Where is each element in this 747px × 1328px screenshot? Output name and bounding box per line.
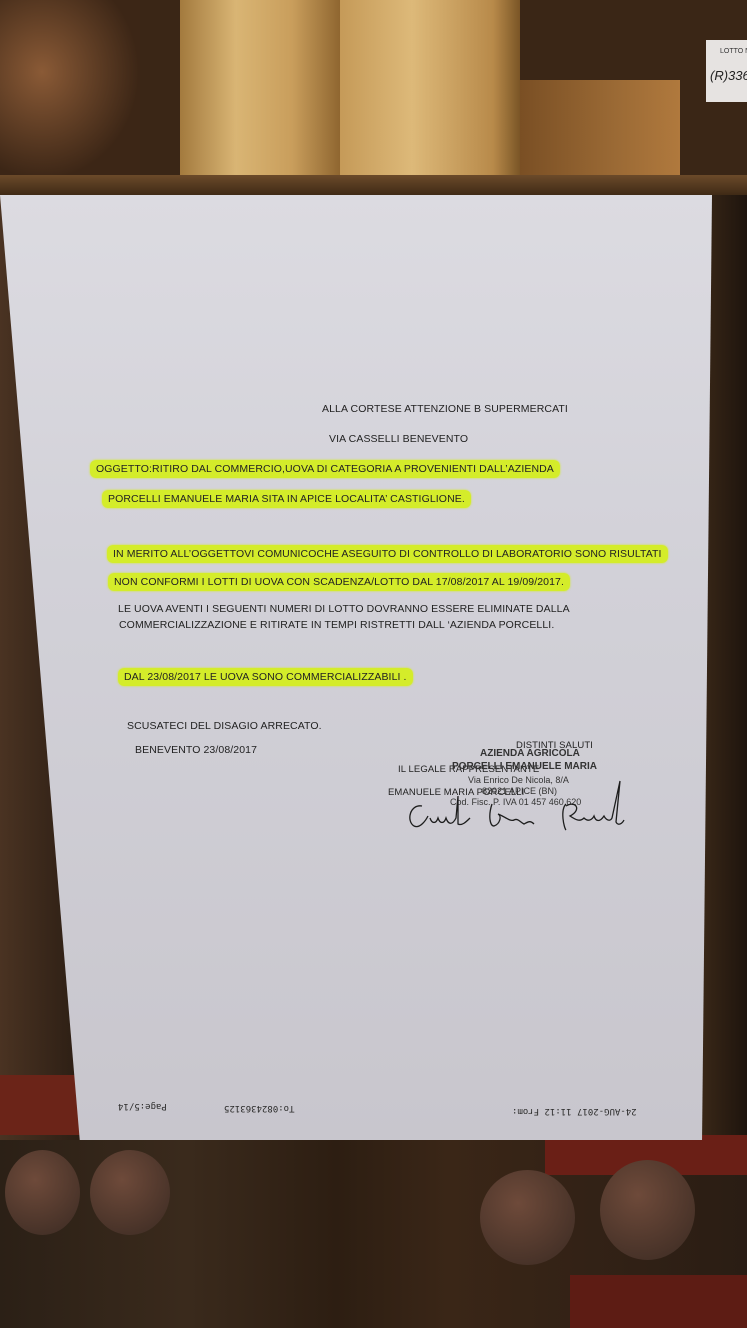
egg	[90, 1150, 170, 1235]
fax-page-number: Page:5/14	[118, 1101, 167, 1111]
body-line-3: LE UOVA AVENTI I SEGUENTI NUMERI DI LOTT…	[118, 603, 570, 615]
shelf-ledge	[0, 175, 747, 197]
wooden-block	[520, 80, 680, 185]
subject-line-2: PORCELLI EMANUELE MARIA SITA IN APICE LO…	[102, 490, 471, 508]
shelf-item-left	[0, 0, 140, 180]
subject-line-1: OGGETTO:RITIRO DAL COMMERCIO,UOVA DI CAT…	[90, 460, 560, 478]
apology-line: SCUSATECI DEL DISAGIO ARRECATO.	[127, 720, 322, 732]
egg	[600, 1160, 695, 1260]
wooden-post-right	[340, 0, 520, 182]
egg	[480, 1170, 575, 1265]
shelf-label-code: (R)336	[710, 68, 747, 83]
recipient-line: ALLA CORTESE ATTENZIONE B SUPERMERCATI	[322, 403, 568, 415]
body-line-4: COMMERCIALIZZAZIONE E RITIRATE IN TEMPI …	[119, 619, 554, 631]
handwritten-signature: Emanuele Maria Porcelli	[400, 776, 630, 836]
shelf-lot-label: LOTTO N (R)336	[706, 40, 747, 102]
company-stamp-name: AZIENDA AGRICOLA	[480, 748, 580, 759]
place-date: BENEVENTO 23/08/2017	[135, 744, 257, 756]
company-stamp-owner: PORCELLI EMANUELE MARIA	[452, 761, 597, 772]
body-line-1: IN MERITO ALL’OGGETTOVI COMUNICOCHE ASEG…	[107, 545, 668, 563]
notice-line: DAL 23/08/2017 LE UOVA SONO COMMERCIALIZ…	[118, 668, 413, 686]
egg	[5, 1150, 80, 1235]
wooden-post-left	[180, 0, 340, 182]
shelf-label-title: LOTTO N	[720, 48, 747, 55]
address-line: VIA CASSELLI BENEVENTO	[329, 433, 468, 445]
fax-recipient-number: To:0824363125	[224, 1103, 294, 1113]
body-line-2: NON CONFORMI I LOTTI DI UOVA CON SCADENZ…	[108, 573, 570, 591]
egg-carton-label	[570, 1275, 747, 1328]
fax-timestamp-from: 24-AUG-2017 11:12 From:	[512, 1106, 637, 1116]
